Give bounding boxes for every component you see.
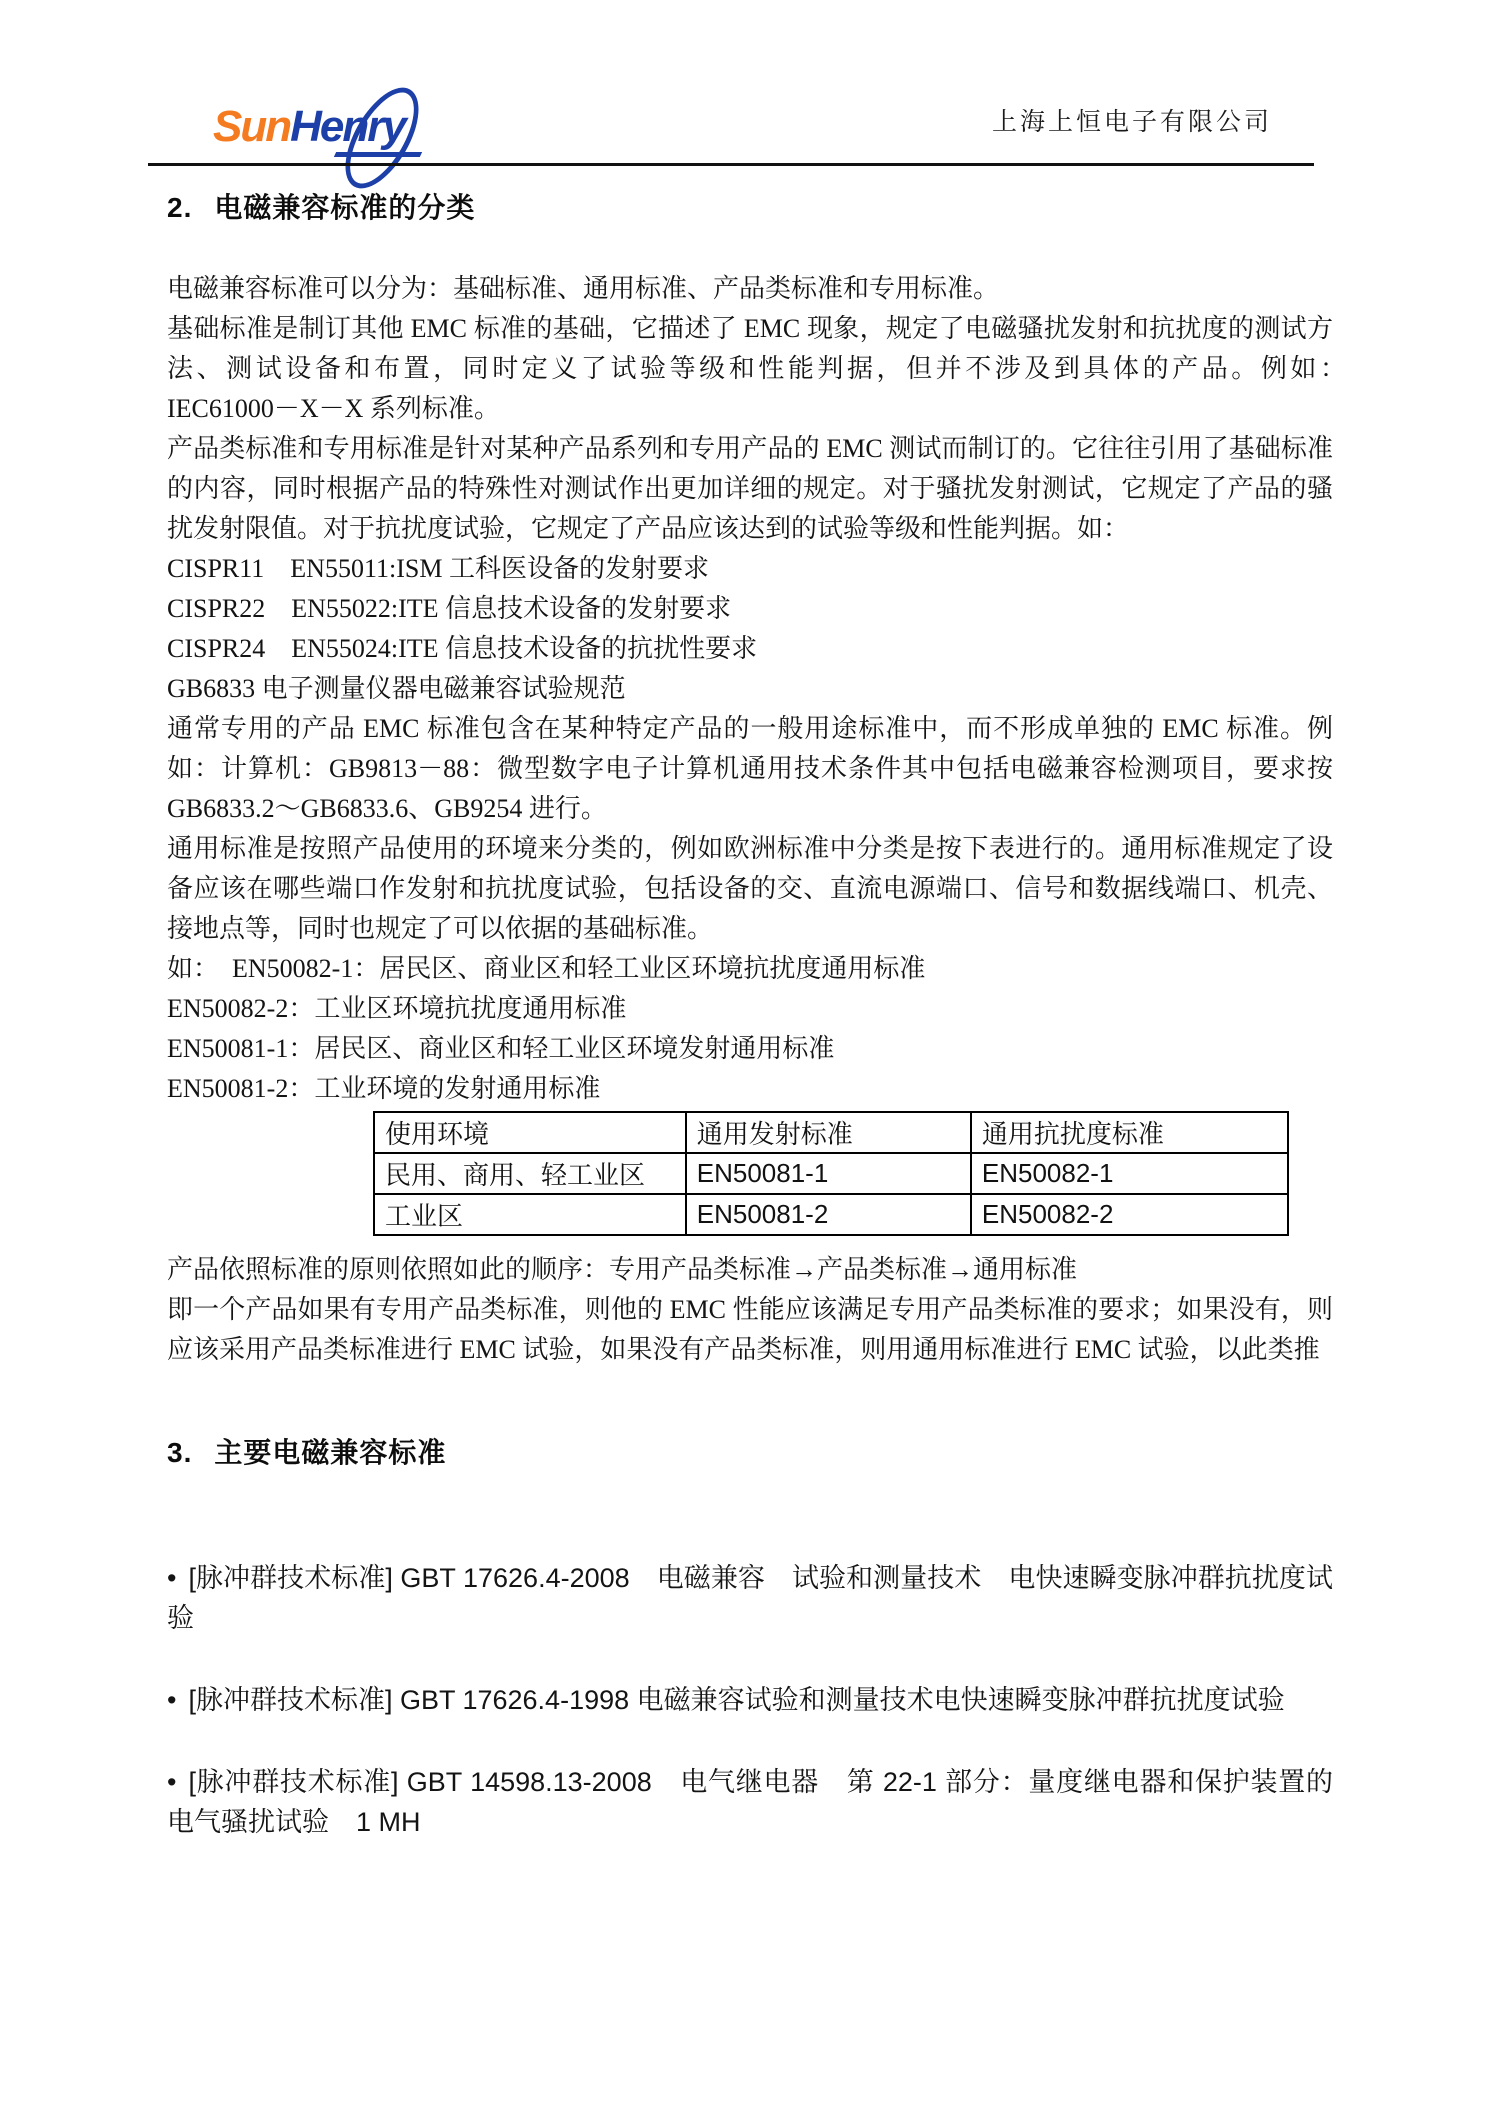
bullet-item: •[脉冲群技术标准] GBT 17626.4-1998 电磁兼容试验和测量技术电… (167, 1680, 1333, 1720)
table-cell: 工业区 (374, 1194, 686, 1235)
paragraph: 通用标准是按照产品使用的环境来分类的，例如欧洲标准中分类是按下表进行的。通用标准… (167, 829, 1333, 949)
logo-henry-text: Henry (290, 102, 405, 151)
bullet-text: [脉冲群技术标准] GBT 14598.13-2008 电气继电器 第 22-1… (167, 1767, 1333, 1837)
standard-line: EN50082-2：工业区环境抗扰度通用标准 (167, 989, 1333, 1029)
table-cell: 民用、商用、轻工业区 (374, 1153, 686, 1194)
table-header-cell: 通用抗扰度标准 (971, 1112, 1288, 1153)
document-content: 2.电磁兼容标准的分类 电磁兼容标准可以分为：基础标准、通用标准、产品类标准和专… (167, 185, 1333, 1884)
section-2-heading: 2.电磁兼容标准的分类 (167, 191, 1333, 225)
standard-line: 如： EN50082-1：居民区、商业区和轻工业区环境抗扰度通用标准 (167, 949, 1333, 989)
table-row: 工业区 EN50081-2 EN50082-2 (374, 1194, 1288, 1235)
section-2-title: 电磁兼容标准的分类 (214, 192, 475, 223)
standard-line: EN50081-2：工业环境的发射通用标准 (167, 1069, 1333, 1109)
standard-line: CISPR24 EN55024:ITE 信息技术设备的抗扰性要求 (167, 629, 1333, 669)
standards-table: 使用环境 通用发射标准 通用抗扰度标准 民用、商用、轻工业区 EN50081-1… (373, 1111, 1289, 1236)
bullet-text: [脉冲群技术标准] GBT 17626.4-1998 电磁兼容试验和测量技术电快… (188, 1685, 1284, 1715)
standard-line: EN50081-1：居民区、商业区和轻工业区环境发射通用标准 (167, 1029, 1333, 1069)
table-header-cell: 通用发射标准 (686, 1112, 971, 1153)
paragraph: 电磁兼容标准可以分为：基础标准、通用标准、产品类标准和专用标准。 (167, 269, 1333, 309)
logo-sun-text: Sun (213, 102, 290, 151)
section-2-number: 2. (167, 192, 192, 223)
table-row: 民用、商用、轻工业区 EN50081-1 EN50082-1 (374, 1153, 1288, 1194)
bullet-item: •[脉冲群技术标准] GBT 14598.13-2008 电气继电器 第 22-… (167, 1762, 1333, 1842)
paragraph: 产品类标准和专用标准是针对某种产品系列和专用产品的 EMC 测试而制订的。它往往… (167, 429, 1333, 549)
company-logo: SunHenry (213, 86, 423, 168)
paragraph: 即一个产品如果有专用产品类标准，则他的 EMC 性能应该满足专用产品类标准的要求… (167, 1290, 1333, 1370)
table-header-cell: 使用环境 (374, 1112, 686, 1153)
paragraph: 产品依照标准的原则依照如此的顺序：专用产品类标准→产品类标准→通用标准 (167, 1250, 1333, 1290)
bullet-marker: • (167, 1767, 176, 1797)
paragraph: 基础标准是制订其他 EMC 标准的基础，它描述了 EMC 现象，规定了电磁骚扰发… (167, 309, 1333, 429)
table-cell: EN50082-1 (971, 1153, 1288, 1194)
logo-underline (334, 152, 422, 157)
bullet-item: •[脉冲群技术标准] GBT 17626.4-2008 电磁兼容 试验和测量技术… (167, 1558, 1333, 1638)
table-cell: EN50081-2 (686, 1194, 971, 1235)
paragraph: 通常专用的产品 EMC 标准包含在某种特定产品的一般用途标准中，而不形成单独的 … (167, 709, 1333, 829)
bullet-text: [脉冲群技术标准] GBT 17626.4-2008 电磁兼容 试验和测量技术 … (167, 1563, 1333, 1633)
bullet-marker: • (167, 1685, 176, 1715)
table-cell: EN50082-2 (971, 1194, 1288, 1235)
standard-line: GB6833 电子测量仪器电磁兼容试验规范 (167, 669, 1333, 709)
section-3-heading: 3.主要电磁兼容标准 (167, 1436, 1333, 1470)
section-3-number: 3. (167, 1437, 192, 1468)
company-name: 上海上恒电子有限公司 (992, 102, 1272, 138)
standard-line: CISPR22 EN55022:ITE 信息技术设备的发射要求 (167, 589, 1333, 629)
section-3-title: 主要电磁兼容标准 (214, 1437, 446, 1468)
standard-line: CISPR11 EN55011:ISM 工科医设备的发射要求 (167, 549, 1333, 589)
document-page: SunHenry 上海上恒电子有限公司 2.电磁兼容标准的分类 电磁兼容标准可以… (0, 0, 1500, 2121)
after-table-block: 产品依照标准的原则依照如此的顺序：专用产品类标准→产品类标准→通用标准 即一个产… (167, 1250, 1333, 1370)
table-cell: EN50081-1 (686, 1153, 971, 1194)
header-divider (148, 163, 1314, 166)
logo-text: SunHenry (213, 102, 405, 152)
bullet-marker: • (167, 1563, 176, 1593)
table-header-row: 使用环境 通用发射标准 通用抗扰度标准 (374, 1112, 1288, 1153)
